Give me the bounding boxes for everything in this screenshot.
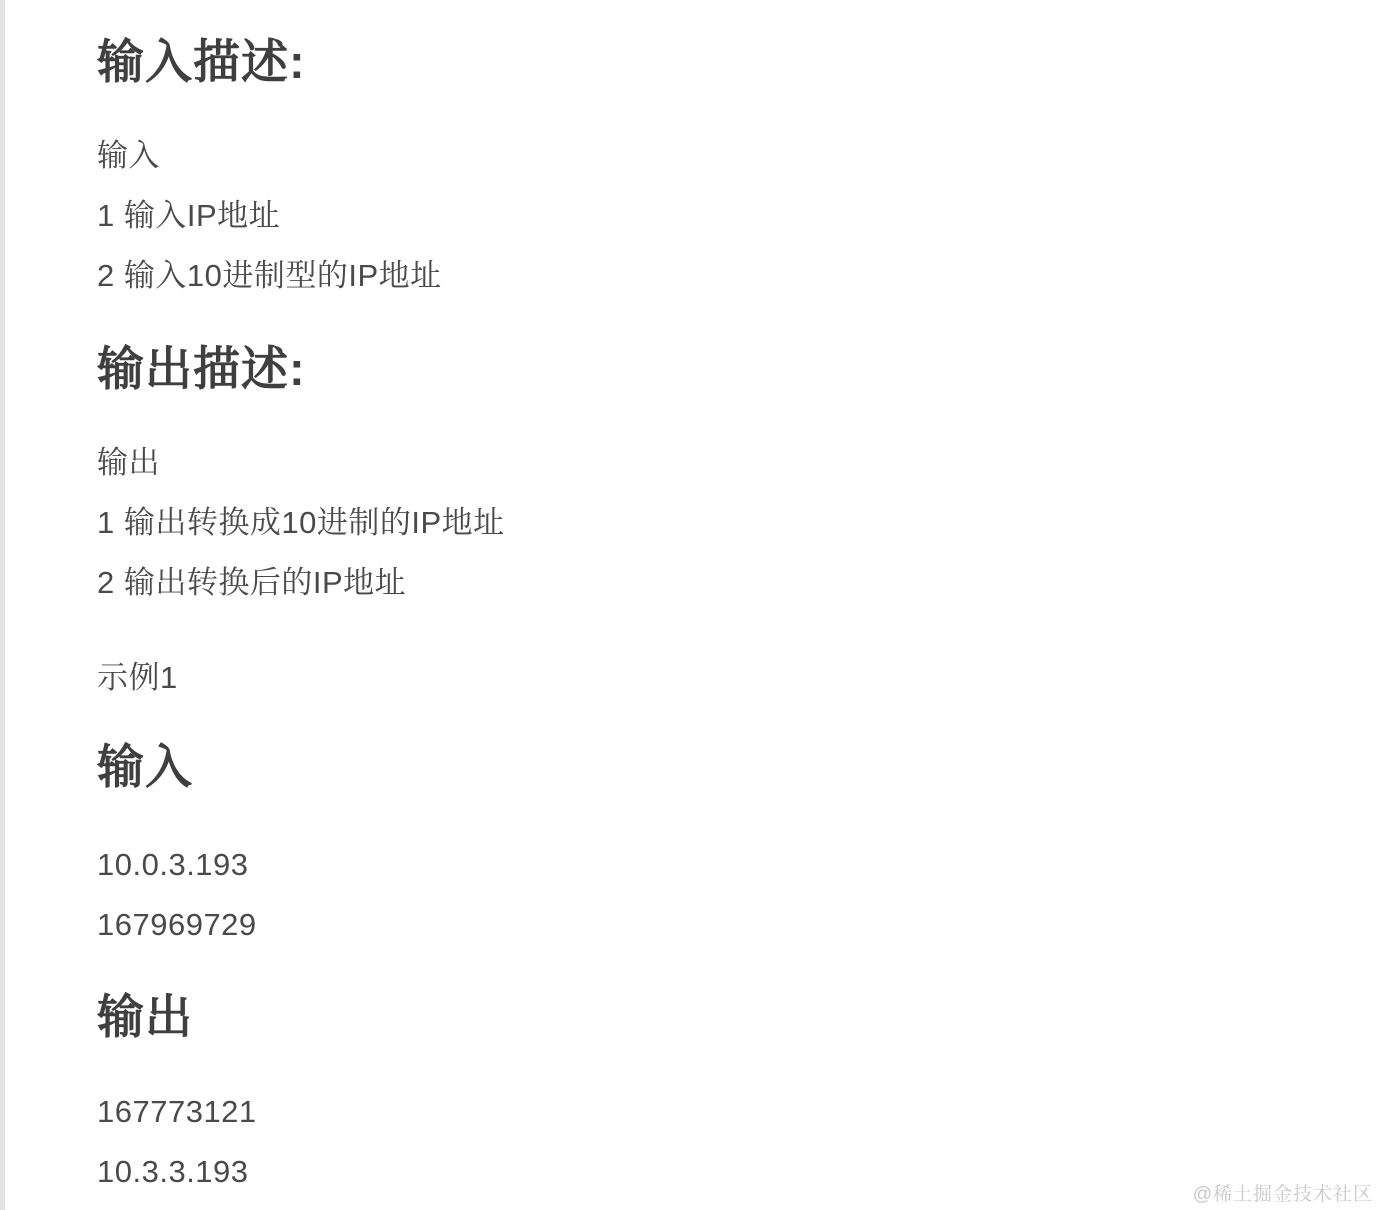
input-description-line: 2 输入10进制型的IP地址 <box>97 246 1322 306</box>
output-description-heading: 输出描述: <box>97 343 1322 395</box>
sample-input-value: 167969729 <box>97 895 1322 955</box>
sample-input-value: 10.0.3.193 <box>97 835 1322 895</box>
community-watermark: @稀土掘金技术社区 <box>1193 1179 1373 1206</box>
example-label: 示例1 <box>97 648 1322 708</box>
input-description-line: 1 输入IP地址 <box>97 186 1322 246</box>
output-description-line: 1 输出转换成10进制的IP地址 <box>97 493 1322 553</box>
output-description-line: 输出 <box>97 433 1322 493</box>
problem-description: 输入描述: 输入 1 输入IP地址 2 输入10进制型的IP地址 输出描述: 输… <box>0 0 1382 1202</box>
input-description-heading: 输入描述: <box>97 36 1322 88</box>
output-description-line: 2 输出转换后的IP地址 <box>97 553 1322 613</box>
sample-output-heading: 输出 <box>97 991 1322 1043</box>
input-description-line: 输入 <box>97 126 1322 186</box>
sample-output-value: 167773121 <box>97 1082 1322 1142</box>
page-left-edge <box>0 0 5 1210</box>
sample-input-heading: 输入 <box>97 741 1322 793</box>
sample-output-value: 10.3.3.193 <box>97 1142 1322 1202</box>
